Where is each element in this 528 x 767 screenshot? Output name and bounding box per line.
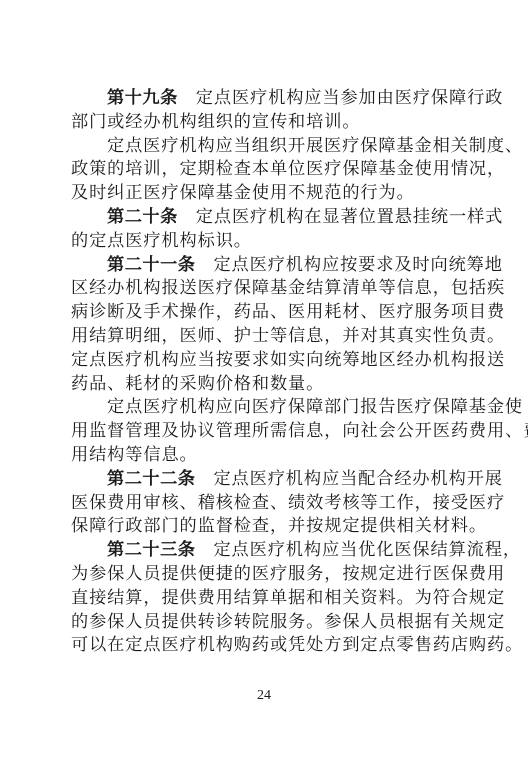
- line-text: 的参保人员提供转诊转院服务。参保人员根据有关规定: [71, 612, 505, 632]
- line-text: 定点医疗机构在显著位置悬挂统一样式: [196, 207, 504, 227]
- text-line: 保障行政部门的监督检查，并按规定提供相关材料。: [71, 515, 471, 539]
- line-text: 定点医疗机构应当按要求如实向统筹地区经办机构报送: [71, 350, 505, 370]
- page-number: 24: [0, 688, 528, 704]
- line-text: 病诊断及手术操作，药品、医用耗材、医疗服务项目费: [71, 302, 505, 322]
- line-text: 部门或经办机构组织的宣传和培训。: [71, 112, 360, 132]
- text-line: 第二十一条定点医疗机构应按要求及时向统筹地: [71, 254, 471, 278]
- text-line: 的参保人员提供转诊转院服务。参保人员根据有关规定: [71, 611, 471, 635]
- text-line: 第二十三条定点医疗机构应当优化医保结算流程，: [71, 539, 471, 563]
- line-text: 为参保人员提供便捷的医疗服务，按规定进行医保费用: [71, 564, 505, 584]
- text-line: 第十九条定点医疗机构应当参加由医疗保障行政: [71, 87, 471, 111]
- line-text: 可以在定点医疗机构购药或凭处方到定点零售药店购药。: [71, 635, 523, 655]
- text-line: 区经办机构报送医疗保障基金结算清单等信息，包括疾: [71, 277, 471, 301]
- line-text: 药品、耗材的采购价格和数量。: [71, 374, 324, 394]
- article-heading: 第十九条: [107, 88, 178, 108]
- text-line: 直接结算，提供费用结算单据和相关资料。为符合规定: [71, 587, 471, 611]
- text-line: 医保费用审核、稽核检查、绩效考核等工作，接受医疗: [71, 492, 471, 516]
- text-line: 用监督管理及协议管理所需信息，向社会公开医药费用、费: [71, 420, 471, 444]
- text-line: 定点医疗机构应当组织开展医疗保障基金相关制度、: [71, 135, 471, 159]
- line-text: 医保费用审核、稽核检查、绩效考核等工作，接受医疗: [71, 493, 505, 513]
- article-heading: 第二十一条: [107, 255, 195, 275]
- line-text: 保障行政部门的监督检查，并按规定提供相关材料。: [71, 516, 487, 536]
- line-text: 直接结算，提供费用结算单据和相关资料。为符合规定: [71, 588, 505, 608]
- line-text: 区经办机构报送医疗保障基金结算清单等信息，包括疾: [71, 278, 505, 298]
- line-text: 用监督管理及协议管理所需信息，向社会公开医药费用、费: [71, 421, 528, 441]
- text-line: 用结构等信息。: [71, 444, 471, 468]
- line-text: 的定点医疗机构标识。: [71, 231, 252, 251]
- text-line: 药品、耗材的采购价格和数量。: [71, 373, 471, 397]
- line-text: 用结构等信息。: [71, 445, 198, 465]
- text-line: 定点医疗机构应向医疗保障部门报告医疗保障基金使: [71, 396, 471, 420]
- line-text: 定点医疗机构应向医疗保障部门报告医疗保障基金使: [107, 397, 523, 417]
- text-line: 病诊断及手术操作，药品、医用耗材、医疗服务项目费: [71, 301, 471, 325]
- document-page: 第十九条定点医疗机构应当参加由医疗保障行政部门或经办机构组织的宣传和培训。定点医…: [0, 0, 528, 767]
- text-line: 部门或经办机构组织的宣传和培训。: [71, 111, 471, 135]
- line-text: 定点医疗机构应当配合经办机构开展: [213, 469, 502, 489]
- article-heading: 第二十条: [107, 207, 178, 227]
- text-line: 政策的培训，定期检查本单位医疗保障基金使用情况，: [71, 158, 471, 182]
- line-text: 定点医疗机构应当组织开展医疗保障基金相关制度、: [107, 136, 523, 156]
- text-line: 第二十条定点医疗机构在显著位置悬挂统一样式: [71, 206, 471, 230]
- article-heading: 第二十三条: [107, 540, 195, 560]
- text-line: 可以在定点医疗机构购药或凭处方到定点零售药店购药。: [71, 634, 471, 658]
- line-text: 定点医疗机构应按要求及时向统筹地: [213, 255, 502, 275]
- text-line: 定点医疗机构应当按要求如实向统筹地区经办机构报送: [71, 349, 471, 373]
- article-heading: 第二十二条: [107, 469, 195, 489]
- line-text: 及时纠正医疗保障基金使用不规范的行为。: [71, 183, 415, 203]
- body-text: 第十九条定点医疗机构应当参加由医疗保障行政部门或经办机构组织的宣传和培训。定点医…: [71, 87, 471, 658]
- text-line: 的定点医疗机构标识。: [71, 230, 471, 254]
- text-line: 第二十二条定点医疗机构应当配合经办机构开展: [71, 468, 471, 492]
- line-text: 定点医疗机构应当优化医保结算流程，: [213, 540, 521, 560]
- text-line: 用结算明细，医师、护士等信息，并对其真实性负责。: [71, 325, 471, 349]
- line-text: 政策的培训，定期检查本单位医疗保障基金使用情况，: [71, 159, 505, 179]
- line-text: 定点医疗机构应当参加由医疗保障行政: [196, 88, 504, 108]
- text-line: 及时纠正医疗保障基金使用不规范的行为。: [71, 182, 471, 206]
- line-text: 用结算明细，医师、护士等信息，并对其真实性负责。: [71, 326, 505, 346]
- text-line: 为参保人员提供便捷的医疗服务，按规定进行医保费用: [71, 563, 471, 587]
